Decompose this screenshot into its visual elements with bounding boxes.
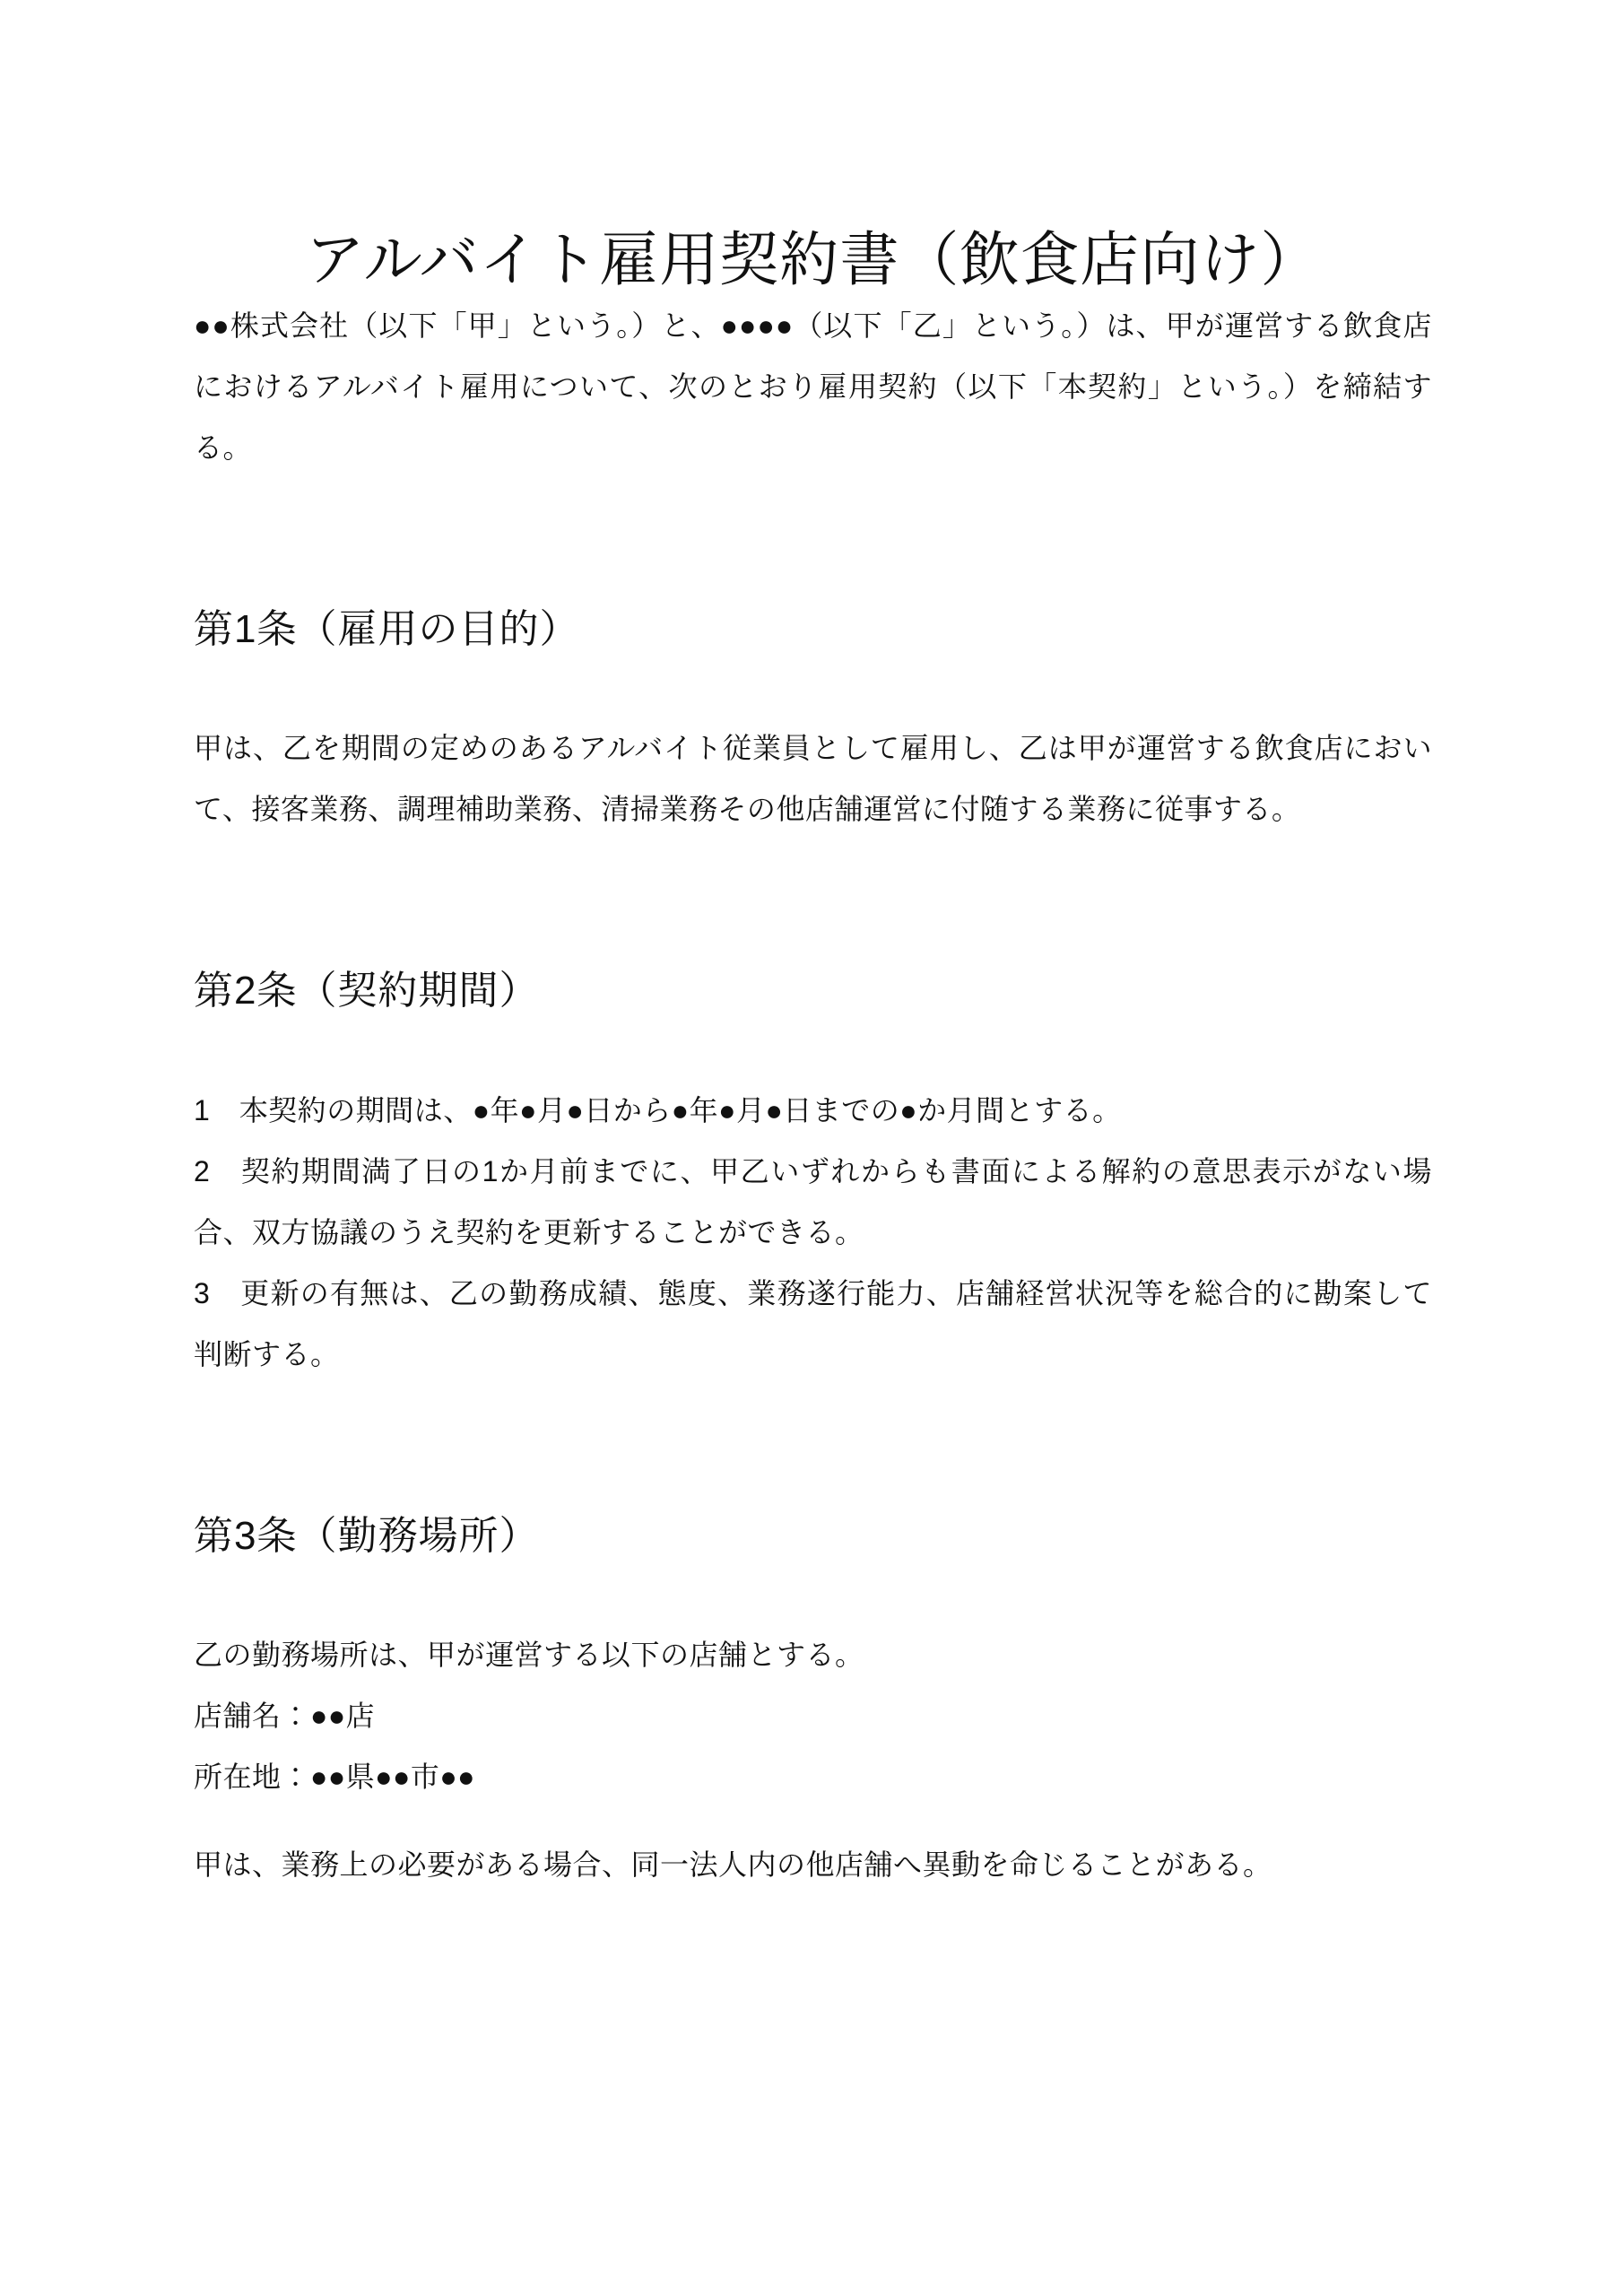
article-3-transfer-clause: 甲は、業務上の必要がある場合、同一法人内の他店舗へ異動を命じることがある。 xyxy=(194,1834,1432,1895)
article-1-paragraph: 甲は、乙を期間の定めのあるアルバイト従業員として雇用し、乙は甲が運営する飲食店に… xyxy=(194,717,1432,839)
article-3-section: 第3条（勤務場所） 乙の勤務場所は、甲が運営する以下の店舗とする。 店舗名：●●… xyxy=(194,1510,1432,1895)
article-2-clause-2: 2 契約期間満了日の1か月前までに、甲乙いずれからも書面による解約の意思表示がな… xyxy=(194,1141,1432,1263)
article-3-store-name: 店舗名：●●店 xyxy=(194,1685,1432,1746)
article-3-workplace-intro: 乙の勤務場所は、甲が運営する以下の店舗とする。 xyxy=(194,1624,1432,1685)
article-3-store-address: 所在地：●●県●●市●● xyxy=(194,1746,1432,1807)
article-1-section: 第1条（雇用の目的） 甲は、乙を期間の定めのあるアルバイト従業員として雇用し、乙… xyxy=(194,604,1432,839)
article-1-heading: 第1条（雇用の目的） xyxy=(194,604,1432,655)
article-2-clause-1: 1 本契約の期間は、●年●月●日から●年●月●日までの●か月間とする。 xyxy=(194,1080,1432,1141)
article-2-heading: 第2条（契約期間） xyxy=(194,965,1432,1016)
article-2-section: 第2条（契約期間） 1 本契約の期間は、●年●月●日から●年●月●日までの●か月… xyxy=(194,965,1432,1384)
intro-paragraph: ●●株式会社（以下「甲」という。）と、●●●●（以下「乙」という。）は、甲が運営… xyxy=(194,295,1432,478)
document-page: アルバイト雇用契約書（飲食店向け） ●●株式会社（以下「甲」という。）と、●●●… xyxy=(0,0,1624,2296)
article-3-heading: 第3条（勤務場所） xyxy=(194,1510,1432,1561)
article-2-clause-3: 3 更新の有無は、乙の勤務成績、態度、業務遂行能力、店舗経営状況等を総合的に勘案… xyxy=(194,1263,1432,1385)
document-title: アルバイト雇用契約書（飲食店向け） xyxy=(194,224,1432,295)
